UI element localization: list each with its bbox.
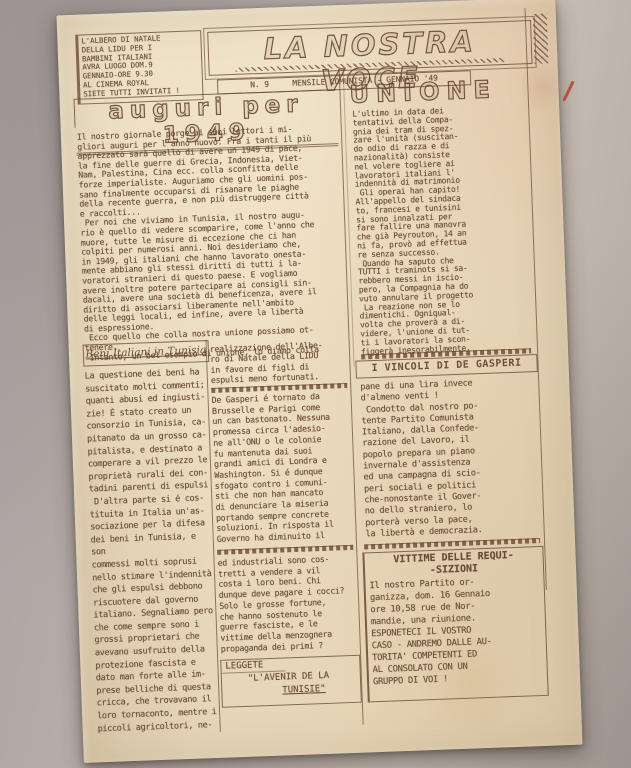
- red-pen-mark: [562, 80, 574, 101]
- leggete-box: LEGGETE "L'AVENIR DE LA TUNISIE": [220, 655, 362, 708]
- beni-headline-box: Beni Italiani in Tunisia: [83, 340, 210, 367]
- beni-body: La questione dei beni ha suscitato molti…: [84, 366, 221, 736]
- masthead-title-box: LA NOSTRA VOCE: [207, 20, 532, 76]
- beni-headline: Beni Italiani in Tunisia: [84, 341, 209, 365]
- unione-body: L'ultimo in data dei tentativi della Com…: [352, 104, 533, 356]
- vittime-box: VITTIME DELLE REQUI- -SIZIONI Il nostro …: [362, 546, 548, 703]
- masthead-corner-ornament: [533, 13, 549, 63]
- degasperi-lead: De Gasperi é tornato da Brusselle e Pari…: [211, 390, 352, 547]
- photo-of-newspaper: L'ALBERO DI NATALE DELLA LIDU PER I BAMB…: [0, 0, 631, 768]
- christmas-tree-announcement: L'ALBERO DI NATALE DELLA LIDU PER I BAMB…: [75, 30, 203, 105]
- beni-continuation: ed industriali sono cos- tretti a vender…: [217, 553, 359, 658]
- newspaper-page: L'ALBERO DI NATALE DELLA LIDU PER I BAMB…: [56, 0, 582, 763]
- unione-headline: UNIONE: [349, 74, 528, 109]
- vittime-body: Il nostro Partito or- ganizza, dom. 16 G…: [365, 572, 547, 688]
- auguri-continuation: realizzazione dell'Albe- ro di Natale de…: [210, 339, 348, 388]
- auguri-body: Il nostro giornale porge ai suoi lettori…: [77, 123, 347, 364]
- degasperi-body: pane di una lira invece d'almeno venti !…: [360, 376, 538, 542]
